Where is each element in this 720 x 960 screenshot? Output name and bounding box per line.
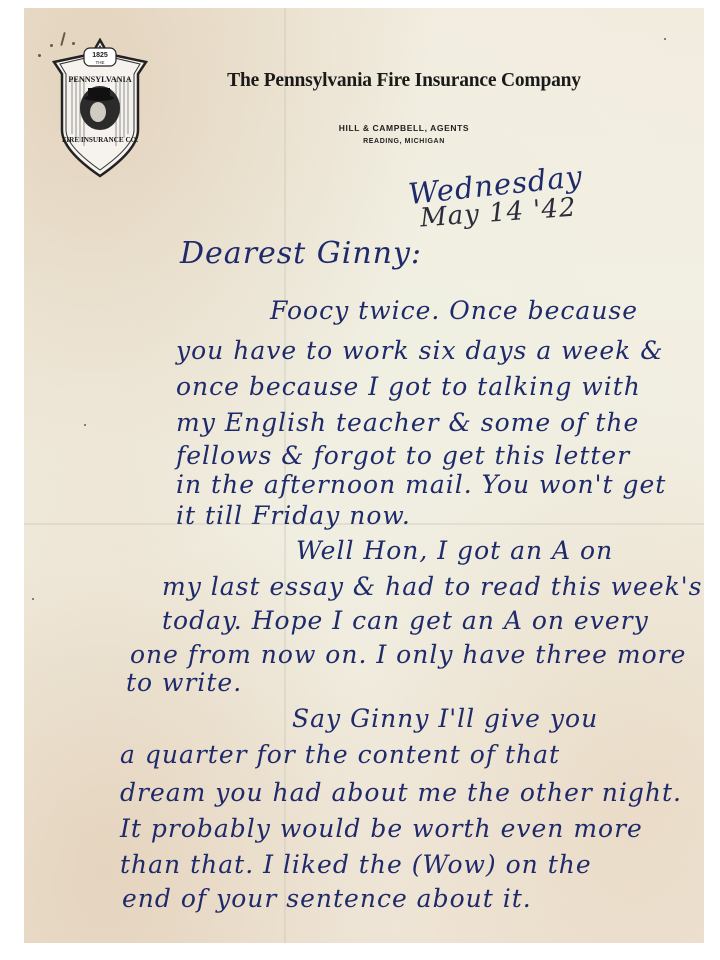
letter-line: it till Friday now.	[176, 501, 411, 530]
letter-line: my English teacher & some of the	[176, 408, 639, 437]
letter-line: Say Ginny I'll give you	[292, 704, 598, 733]
letter-line: one from now on. I only have three more	[130, 640, 686, 669]
letter-line: Well Hon, I got an A on	[296, 536, 613, 565]
svg-text:THE: THE	[96, 60, 105, 65]
company-name: The Pennsylvania Fire Insurance Company	[214, 70, 594, 92]
letter-line: a quarter for the content of that	[120, 740, 560, 769]
letter-line: once because I got to talking with	[176, 372, 641, 401]
agents-line: HILL & CAMPBELL, AGENTS	[214, 122, 594, 135]
letter-line: in the afternoon mail. You won't get	[176, 470, 666, 499]
svg-text:1825: 1825	[92, 52, 108, 59]
letter-line: dream you had about me the other night.	[120, 778, 682, 807]
location-line: READING, MICHIGAN	[214, 135, 594, 148]
paper-stain	[664, 38, 666, 40]
letter-line: you have to work six days a week &	[176, 336, 664, 365]
svg-text:PENNSYLVANIA: PENNSYLVANIA	[68, 75, 131, 84]
agents-block: HILL & CAMPBELL, AGENTS READING, MICHIGA…	[214, 122, 594, 148]
company-seal-icon: 1825 THE PENNSYLVANIA FIRE INSURANCE CO.	[48, 38, 152, 178]
letter-line: my last essay & had to read this week's	[162, 572, 703, 601]
letter-line: Foocy twice. Once because	[270, 296, 638, 325]
letter-line: end of your sentence about it.	[122, 884, 532, 913]
letter-line: today. Hope I can get an A on every	[162, 606, 649, 635]
letter-line: fellows & forgot to get this letter	[176, 441, 630, 470]
letter-salutation: Dearest Ginny:	[180, 236, 422, 271]
paper-stain	[38, 54, 41, 57]
paper-stain	[84, 424, 86, 426]
svg-text:FIRE INSURANCE CO.: FIRE INSURANCE CO.	[62, 136, 138, 144]
letter-line: It probably would be worth even more	[120, 814, 643, 843]
letter-line: than that. I liked the (Wow) on the	[120, 850, 592, 879]
letter-line: to write.	[126, 668, 242, 697]
paper-stain	[32, 598, 34, 600]
